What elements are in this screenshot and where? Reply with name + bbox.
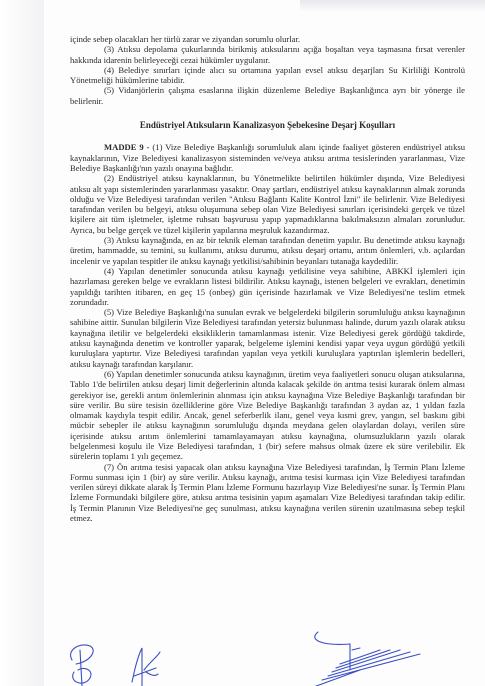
madde-9-paragraph-3: (3) Atıksu kaynağında, en az bir teknik … xyxy=(70,235,465,266)
madde-9-paragraph-4: (4) Yapılan denetimler sonucunda atıksu … xyxy=(70,266,465,307)
section-heading: Endüstriyel Atıksuların Kanalizasyon Şeb… xyxy=(70,120,465,130)
signature-2 xyxy=(132,648,160,686)
madde-label: MADDE 9 - xyxy=(104,142,149,152)
page-margin-shade xyxy=(0,0,44,686)
madde-9-paragraph-5: (5) Vize Belediye Başkanlığı'na sunulan … xyxy=(70,307,465,369)
paragraph-5: (5) Vidanjörlerin çalışma esaslarına ili… xyxy=(70,85,465,106)
signatures xyxy=(60,630,485,686)
signature-1 xyxy=(71,645,94,686)
madde-9-paragraph-7: (7) Ön arıtma tesisi yapacak olan atıksu… xyxy=(70,462,465,524)
madde-9-paragraph-1: MADDE 9 - (1) Vize Belediye Başkanlığı s… xyxy=(70,142,465,173)
paragraph-3: (3) Atıksu depolama çukurlarında birikmi… xyxy=(70,44,465,65)
signature-3 xyxy=(300,632,420,686)
madde-9-paragraph-6: (6) Yapılan denetimler sonucunda atıksu … xyxy=(70,369,465,462)
scan-shadow xyxy=(300,0,485,12)
paragraph-4: (4) Belediye sınırları içinde alıcı su o… xyxy=(70,65,465,86)
paragraph-continuation: içinde sebep olacakları her türlü zarar … xyxy=(70,34,465,44)
document-body: içinde sebep olacakları her türlü zarar … xyxy=(70,34,465,523)
madde-9-paragraph-2: (2) Endüstriyel atıksu kaynaklarının, bu… xyxy=(70,173,465,235)
